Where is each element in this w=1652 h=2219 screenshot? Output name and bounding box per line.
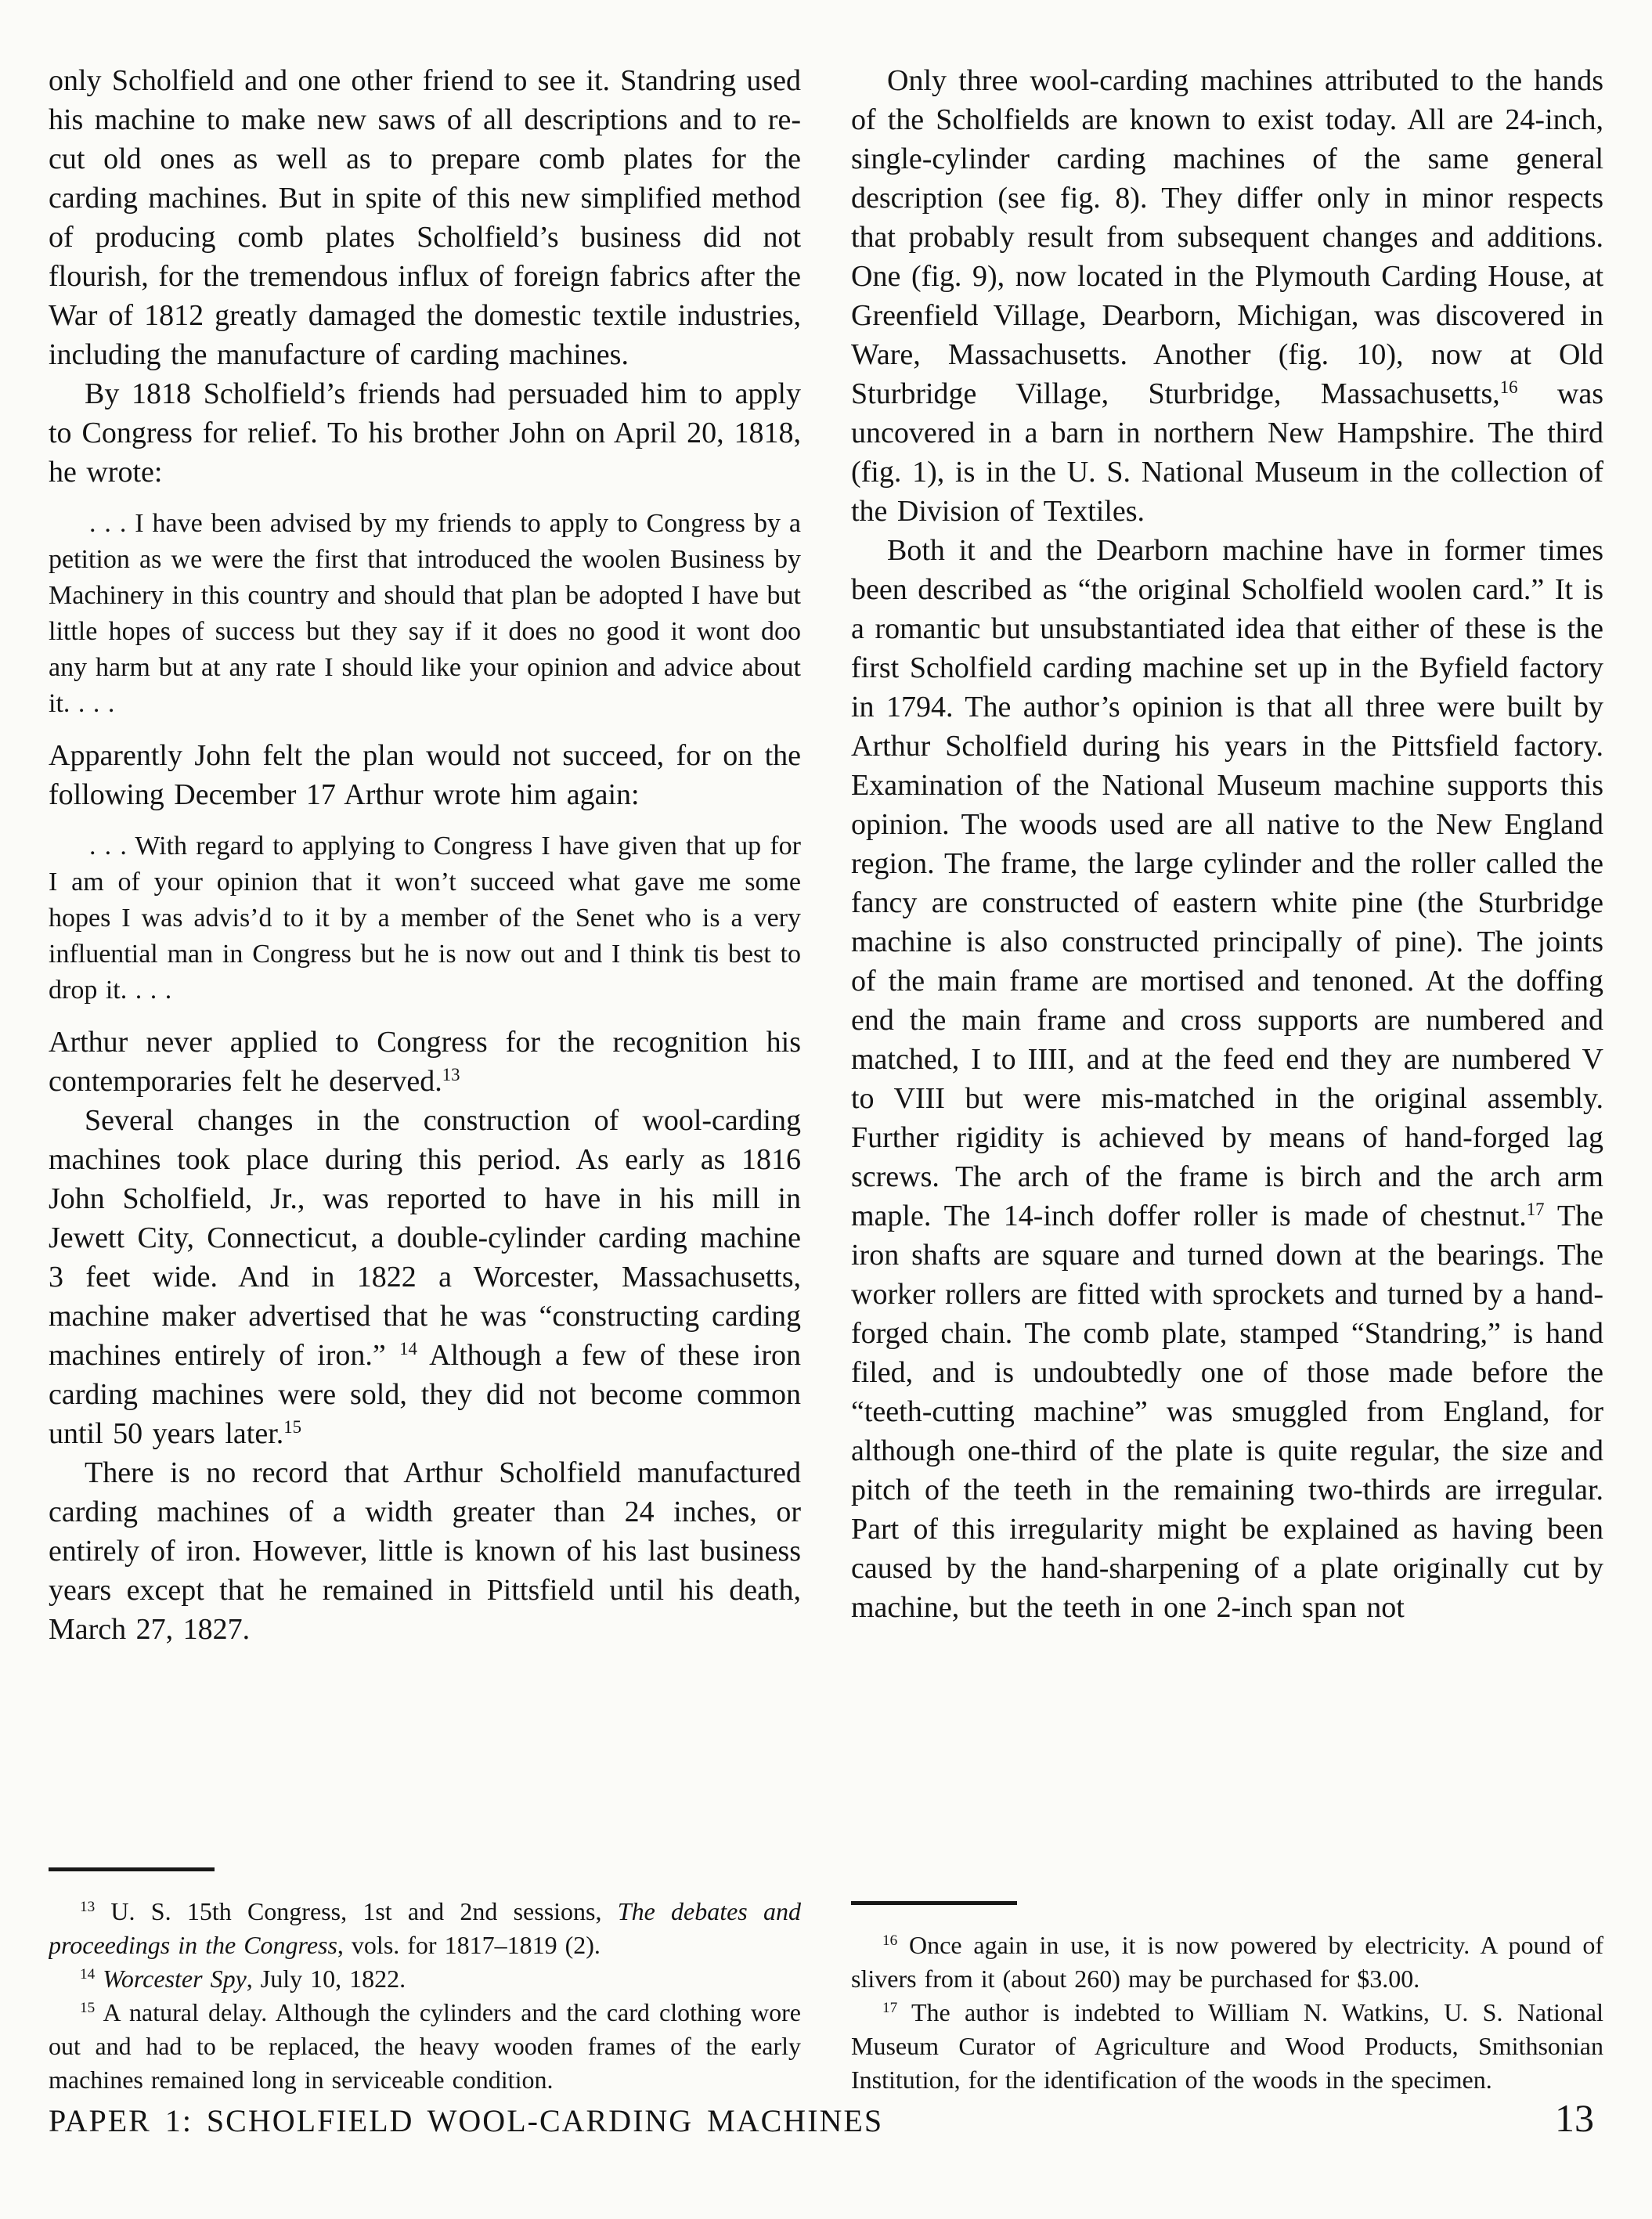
footnote-marker: 17 — [1527, 1200, 1545, 1219]
paragraph: Apparently John felt the plan would not … — [49, 736, 801, 814]
footnote-marker: 14 — [80, 1966, 95, 1983]
footnote-marker: 15 — [80, 2000, 95, 2016]
paragraph: only Scholfield and one other friend to … — [49, 61, 801, 374]
footnote-separator-rule — [49, 1867, 215, 1871]
right-footnotes: 16 Once again in use, it is now powered … — [851, 1929, 1603, 2097]
two-column-text-block: only Scholfield and one other friend to … — [49, 61, 1603, 2097]
footnote: 17 The author is indebted to William N. … — [851, 1996, 1603, 2097]
right-footnote-area: 16 Once again in use, it is now powered … — [851, 1893, 1603, 2097]
footnote-marker: 16 — [882, 1932, 897, 1949]
right-column-body: Only three wool-carding machines attribu… — [851, 61, 1603, 1627]
footnote-marker: 13 — [442, 1065, 460, 1084]
left-column: only Scholfield and one other friend to … — [49, 61, 801, 2097]
paragraph: Both it and the Dearborn machine have in… — [851, 531, 1603, 1627]
running-title: PAPER 1: SCHOLFIELD WOOL-CARDING MACHINE… — [49, 2102, 883, 2139]
left-footnote-area: 13 U. S. 15th Congress, 1st and 2nd sess… — [49, 1860, 801, 2097]
paper-page: only Scholfield and one other friend to … — [0, 0, 1652, 2219]
right-column: Only three wool-carding machines attribu… — [851, 61, 1603, 2097]
left-footnotes: 13 U. S. 15th Congress, 1st and 2nd sess… — [49, 1895, 801, 2097]
footnote-marker: 16 — [1500, 377, 1518, 397]
footnote: 15 A natural delay. Although the cylinde… — [49, 1996, 801, 2097]
footnote: 13 U. S. 15th Congress, 1st and 2nd sess… — [49, 1895, 801, 1962]
left-column-body: only Scholfield and one other friend to … — [49, 61, 801, 1649]
footnote-separator-rule — [851, 1901, 1017, 1905]
footnote-marker: 17 — [882, 2000, 897, 2016]
paragraph: Several changes in the construction of w… — [49, 1101, 801, 1453]
block-quote: . . . I have been advised by my friends … — [49, 506, 801, 722]
footnote-marker: 15 — [283, 1417, 301, 1437]
footnote-marker: 13 — [80, 1899, 95, 1915]
page-footer: PAPER 1: SCHOLFIELD WOOL-CARDING MACHINE… — [49, 2095, 1603, 2141]
paragraph: Arthur never applied to Congress for the… — [49, 1023, 801, 1101]
page-number: 13 — [1555, 2095, 1603, 2141]
footnote-marker: 14 — [399, 1339, 417, 1358]
footnote: 16 Once again in use, it is now powered … — [851, 1929, 1603, 1996]
block-quote: . . . With regard to applying to Congres… — [49, 828, 801, 1008]
paragraph: By 1818 Scholfield’s friends had persuad… — [49, 374, 801, 492]
paragraph: There is no record that Arthur Scholfiel… — [49, 1453, 801, 1649]
footnote: 14 Worcester Spy, July 10, 1822. — [49, 1962, 801, 1996]
paragraph: Only three wool-carding machines attribu… — [851, 61, 1603, 531]
